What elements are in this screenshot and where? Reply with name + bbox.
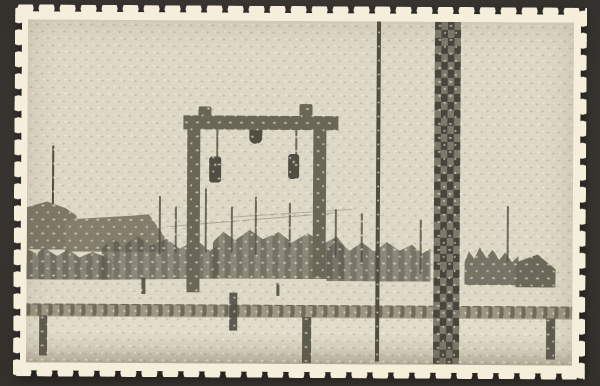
boat-mast-10 xyxy=(507,206,509,262)
trees xyxy=(464,243,518,285)
boat-mast-1 xyxy=(159,196,161,254)
hoist-block-left xyxy=(209,156,221,182)
boat-mast-8 xyxy=(361,213,363,265)
gantry-left-leg xyxy=(186,128,200,292)
center-pulley xyxy=(249,130,262,144)
boat-mast-5 xyxy=(255,197,257,255)
photograph xyxy=(13,4,587,379)
lattice-mast xyxy=(433,22,461,364)
album-page: { "artifact": { "type": "vintage-photogr… xyxy=(0,0,600,386)
boat-mast-6 xyxy=(289,203,291,247)
boat-mast-4 xyxy=(231,207,233,253)
gantry-right-leg xyxy=(312,129,326,277)
gantry-crane xyxy=(28,19,574,22)
gantry-top-beam xyxy=(183,115,338,130)
gantry-trolley-left xyxy=(198,106,211,116)
shed xyxy=(515,254,555,287)
dock-figure-1 xyxy=(141,278,145,294)
boat-mast-2 xyxy=(175,206,177,252)
boat-mast-9 xyxy=(420,220,422,274)
hoist-cable-right xyxy=(295,130,297,155)
gantry-trolley-right xyxy=(299,104,312,117)
railing-post-1 xyxy=(39,315,47,355)
photo-image xyxy=(26,19,574,365)
railing-post-2 xyxy=(229,293,237,331)
boat-mast-3 xyxy=(205,188,207,252)
hoist-block-right xyxy=(288,154,299,179)
railing-post-4 xyxy=(546,319,555,360)
snowy-foreground xyxy=(26,316,572,365)
hoist-cable-left xyxy=(216,129,218,157)
boat-mast-7 xyxy=(335,209,337,257)
railing-post-3 xyxy=(302,317,311,363)
dock-figure-2 xyxy=(276,283,279,296)
